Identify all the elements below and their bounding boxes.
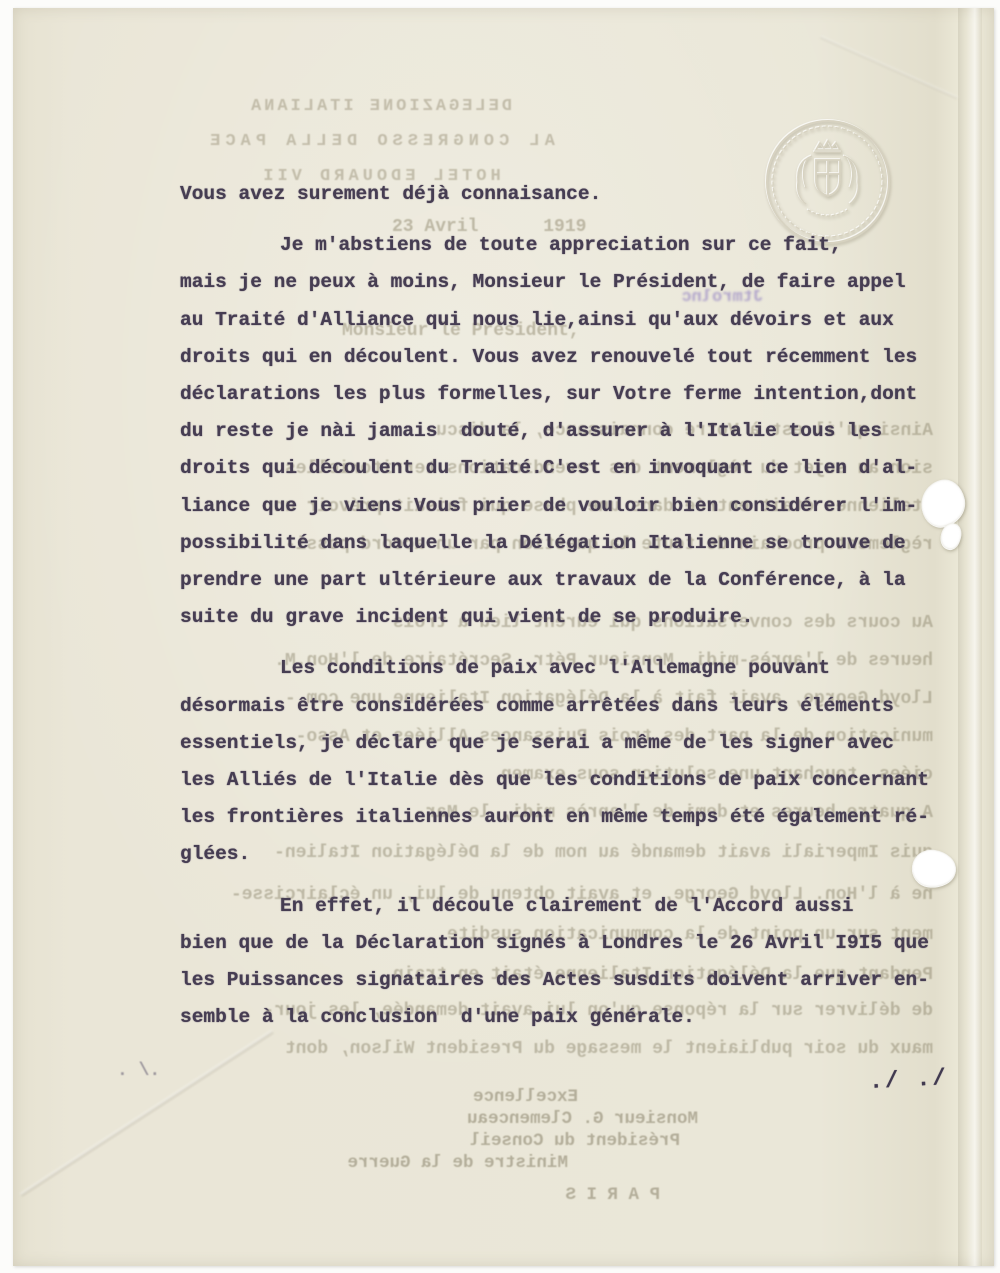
text-line: les Alliés de l'Italie dès que les condi…	[180, 762, 970, 799]
bleedthrough-header-line: AL CONGRESSO DELLA PACE	[140, 131, 620, 153]
text-line: possibilité dans laquelle la Délégation …	[180, 525, 970, 562]
text-line: les Puissances signataires des Actes sus…	[180, 962, 970, 999]
paragraph: Les conditions de paix avec l'Allemagne …	[180, 650, 970, 873]
text-line: déclarations les plus formelles, sur Vot…	[180, 376, 970, 413]
bleedthrough-address-line: Excellence	[448, 1086, 578, 1108]
text-line: droits qui en découlent. Vous avez renou…	[180, 339, 970, 376]
bleedthrough-address-line: Président du Conseil	[482, 1130, 680, 1152]
bleedthrough-header-line: DELEGAZIONE ITALIANA	[140, 96, 620, 118]
text-line: prendre une part ultérieure aux travaux …	[180, 562, 970, 599]
text-line: désormais être considérées comme arrêtée…	[180, 688, 970, 725]
text-line: semble à la conclusion d'une paix généra…	[180, 999, 970, 1036]
crease-top-right	[820, 36, 958, 100]
bleedthrough-address-line: P A R I S	[522, 1184, 660, 1206]
letter-body: Vous avez surement déjà connaisance.Je m…	[180, 176, 970, 1036]
bleedthrough-line: maux du soir publiaient le message du Pr…	[176, 1038, 933, 1060]
bleedthrough-address-line: Monsieur G. Clemenceau	[446, 1108, 698, 1130]
continuation-mark: ./ ./	[868, 1064, 948, 1096]
text-line: mais je ne peux à moins, Monsieur le Pré…	[180, 264, 970, 301]
text-line: essentiels, je déclare que je serai a mê…	[180, 725, 970, 762]
text-line: glées.	[180, 836, 970, 873]
paragraph: Vous avez surement déjà connaisance.	[180, 176, 970, 213]
bleedthrough-address-line: Ministre de la Guerre	[326, 1152, 568, 1174]
text-line: Vous avez surement déjà connaisance.	[180, 176, 970, 213]
text-line: Je m'abstiens de toute appreciation sur …	[180, 227, 970, 264]
paragraph: En effet, il découle clairement de l'Acc…	[180, 888, 970, 1037]
text-line: suite du grave incident qui vient de se …	[180, 599, 970, 636]
text-line: bien que de la Déclaration signés à Lond…	[180, 925, 970, 962]
text-line: droits qui découlent du Traité.C'est en …	[180, 450, 970, 487]
text-line: Les conditions de paix avec l'Allemagne …	[180, 650, 970, 687]
text-line: En effet, il découle clairement de l'Acc…	[180, 888, 970, 925]
paragraph: Je m'abstiens de toute appreciation sur …	[180, 227, 970, 636]
purple-stamp-fragment: Jtmrolnc	[643, 288, 763, 308]
document-scan: DELEGAZIONE ITALIANAAL CONGRESSO DELLA P…	[0, 0, 1000, 1273]
text-line: du reste je nài jamais douté, d'assurer …	[180, 413, 970, 450]
text-line: liance que je viens Vous prier de vouloi…	[180, 488, 970, 525]
text-line: les frontières italiennes auront en même…	[180, 799, 970, 836]
text-line: au Traité d'Alliance qui nous lie,ainsi …	[180, 302, 970, 339]
paper-sheet: DELEGAZIONE ITALIANAAL CONGRESSO DELLA P…	[13, 8, 994, 1266]
stray-ink-mark: . \.	[117, 1060, 160, 1082]
